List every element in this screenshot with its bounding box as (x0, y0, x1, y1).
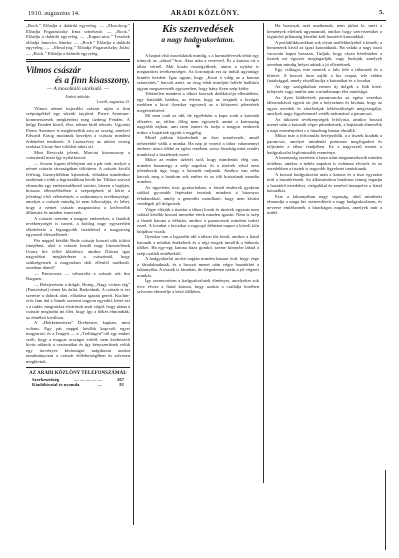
paragraph: — Sosem fogom elfelejteni azt a pár órát… (26, 161, 130, 216)
paragraph: Így szerencsésen a hadgyakorlatok élmény… (137, 278, 259, 295)
paragraph: Mikor az ember üzletét szól, hogy minden… (137, 157, 259, 185)
paragraph: A katonaság szeretete a haza iránt megmu… (267, 155, 382, 172)
paragraph: Mint Reviczki jelenti, Marcini kiseasszo… (26, 150, 130, 161)
paragraph: Az egy szolgálatban nemes új dolgok a fi… (267, 84, 382, 95)
paragraph: Mikor már a fölvonulás befejeződik, a a … (267, 133, 382, 155)
paragraph: Az ilyen küldetések parancsnoka az egész… (267, 95, 382, 117)
paragraph: Este a laktanyában nagy vigasság, ahol m… (267, 194, 382, 216)
article-subtitle: — A mosolkáló utolkodó. — (26, 87, 130, 93)
newspaper-title: ARADI KÖZLÖNY. (24, 9, 386, 17)
page-header: 1910. augusztus 14. ARADI KÖZLÖNY. 5. (24, 7, 386, 21)
paragraph: Mi nem csak az idő, de egyébként a kapu … (137, 113, 259, 135)
paragraph: Az ütközeti tevékenységek lefolyása, ami… (267, 117, 382, 134)
section-divider (26, 59, 130, 62)
paragraph: Pár nappal később Rede császár hosszú id… (26, 238, 130, 271)
article-title-line-2: és a finn kisasszony. (26, 75, 130, 85)
paragraph: A hajnal első mozdulatok mindig, s a har… (137, 53, 259, 92)
column-2: Kis szenvedések a nagy hadgyakorlaton. ✱… (137, 23, 259, 470)
column-divider-3 (385, 470, 386, 550)
phone-label: Kiadóhivatal és nyomda (32, 382, 79, 388)
star-ornament-icon: ✱ (137, 45, 259, 51)
paragraph: Vilmos német kajszibbi császár utján a f… (26, 106, 130, 150)
section-divider (26, 367, 130, 368)
article-title-line-1: Vilmos császár (26, 65, 130, 75)
paragraph: — Pantovasia — válaszolta a császár tok … (26, 271, 130, 282)
paragraph: Minél jobban közelednek az őszi manővere… (137, 135, 259, 157)
phone-number: 81 (119, 382, 124, 388)
column-1: „Rock.” Előadja a dalárdá egyveleg. — „M… (26, 23, 130, 528)
paragraph: A prófaklikkorokban sok olyan mellékhely… (267, 40, 382, 68)
phone-row: Kiadóhivatal és nyomda — 81 (26, 382, 130, 388)
paragraph: Ha borsosak azét unalmasak, nem járhat l… (267, 23, 382, 40)
column-3: Ha borsosak azét unalmasak, nem járhat l… (267, 23, 382, 526)
article-title-line-1: Kis szenvedések (137, 23, 259, 35)
paragraph: Egy csillagos este mentek a falu felé a … (267, 67, 382, 84)
paragraph: — Befejezésem a dolgát, Hoing „Nagy vick… (26, 282, 130, 321)
phone-box: AZ ARADI KÖZLÖNY TELEFONSZÁMAI: Szerkesz… (26, 371, 130, 388)
page-number: 5. (379, 9, 384, 16)
column-divider-2 (263, 23, 264, 483)
paragraph: A császár szerette a magyar embereket, a… (26, 216, 130, 238)
paragraph: A hosszú hadgyakorlat után a katona és a… (267, 172, 382, 194)
paragraph: A hadgyakorlat utolsó napján minden kato… (137, 256, 259, 278)
paragraph: Az ügyeletes tiszt gyakorlatban, a fárad… (137, 185, 259, 207)
paragraph: A „Hokkemeritera” Drehtester, kapkan, mi… (26, 320, 130, 364)
paragraph: Tehetetlen mindent a tábori kincsek dedi… (137, 91, 259, 113)
article-title-line-2: a nagy hadgyakorlaton. (137, 35, 259, 44)
program-list: „Rock.” Előadja a dalárdá egyveleg. — „M… (26, 23, 130, 56)
paragraph: Végre elérjük a tisztást a tábori lovak … (137, 207, 259, 235)
paragraph: Ilyenkor van a legszebb idő a tábori tűz… (137, 234, 259, 256)
phone-dashes: — (97, 382, 102, 388)
column-divider-1 (133, 23, 134, 525)
